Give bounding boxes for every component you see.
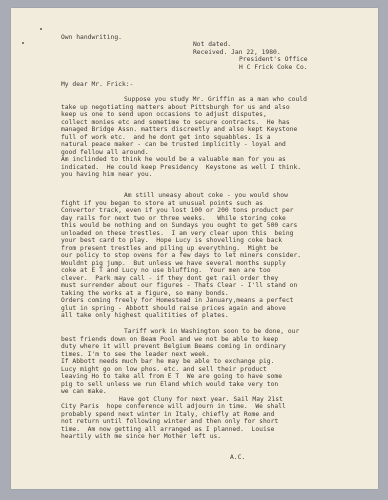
- text-line: Tariff work in Washington soon to be don…: [124, 328, 299, 336]
- text-line: Suppose you study Mr. Griffin as a man w…: [124, 96, 307, 104]
- header-line: Not dated.: [193, 41, 231, 49]
- text-line: full of work etc. and he dont get into s…: [61, 134, 271, 142]
- text-line: from present trestles and piling up ever…: [61, 245, 278, 253]
- text-line: leaving Ho to take all from E T We are g…: [61, 373, 282, 381]
- text-line: heartily with me since her Mother left u…: [61, 433, 221, 441]
- text-line: taking the works at a figure, so many bo…: [61, 290, 229, 298]
- text-line: fight if you began to store at unusual p…: [61, 200, 263, 208]
- text-line: coke at E T and Lucy no use bluffing. Yo…: [61, 267, 271, 275]
- text-line: pig to sell unless we run Eland which wo…: [61, 381, 278, 389]
- text-line: Wouldnt pig jump. But unless we have sev…: [61, 260, 286, 268]
- text-line: this would be nothing and on Sundays you…: [61, 222, 297, 230]
- letter-page: Own handwriting. Not dated. Received. Ja…: [11, 8, 378, 489]
- text-line: indicated. He could keep Presidency Keys…: [61, 164, 301, 172]
- text-line: City Paris hope conference will adjourn …: [61, 403, 286, 411]
- text-line: time. Am now getting all arranged as I p…: [61, 426, 274, 434]
- salutation: My dear Mr. Frick:-: [61, 81, 133, 89]
- text-line: keep us one to send upon occasions to ad…: [61, 111, 267, 119]
- text-line: we can make.: [61, 388, 107, 396]
- text-line: If Abbott needs much bar he may be able …: [61, 358, 274, 366]
- header-line: Received. Jan 22, 1980.: [193, 49, 281, 57]
- text-line: times. I'm to see the leader next week.: [61, 351, 210, 359]
- text-line: clever. Park may call - if they dont get…: [61, 275, 278, 283]
- text-line: natural peace maker - can be trusted imp…: [61, 141, 286, 149]
- text-line: our policy to stop ovens for a few days …: [61, 252, 301, 260]
- paper-speck: [22, 42, 24, 44]
- text-line: Orders coming freely for Homestead in Ja…: [61, 297, 293, 305]
- text-line: Convertor track, even if you lost 100 or…: [61, 207, 293, 215]
- handwriting-note: Own handwriting.: [61, 34, 122, 42]
- text-line: duty where it will prevent Belgium Beams…: [61, 343, 286, 351]
- text-line: collect monies etc and sometime to secur…: [61, 119, 290, 127]
- text-line: you having him near you.: [61, 171, 152, 179]
- text-line: Have got Cluny for next year. Sail May 2…: [119, 396, 283, 404]
- text-line: best friends down on Beam Pool and we no…: [61, 336, 278, 344]
- text-line: Lucy might go on low phos. etc. and sell…: [61, 366, 267, 374]
- text-line: take up negotiating matters about Pittsb…: [61, 104, 290, 112]
- text-line: must surrender about our figures - Thats…: [61, 282, 297, 290]
- text-line: not return until following winter and th…: [61, 418, 278, 426]
- text-line: your best card to play. Hope Lucy is sho…: [61, 237, 282, 245]
- header-line: President's Office: [239, 56, 308, 64]
- text-line: good fellow all around.: [61, 149, 149, 157]
- paper-speck: [40, 28, 42, 30]
- signature: A.C.: [230, 454, 245, 462]
- text-line: Am still uneasy about coke - you would s…: [124, 192, 288, 200]
- text-line: Am inclinded to think he would be a valu…: [61, 156, 286, 164]
- text-line: all take only highest qualitities of pla…: [61, 312, 229, 320]
- text-line: day rails for next two or three weeks. W…: [61, 215, 286, 223]
- text-line: probably spend next winter in Italy, chi…: [61, 411, 274, 419]
- header-line: H C Frick Coke Co.: [239, 64, 308, 72]
- text-line: unloaded on these trestles. I am very cl…: [61, 230, 293, 238]
- text-line: managed Bridge Assn. matters discreetly …: [61, 126, 297, 134]
- text-line: glut in spring - Abbott should raise pri…: [61, 305, 286, 313]
